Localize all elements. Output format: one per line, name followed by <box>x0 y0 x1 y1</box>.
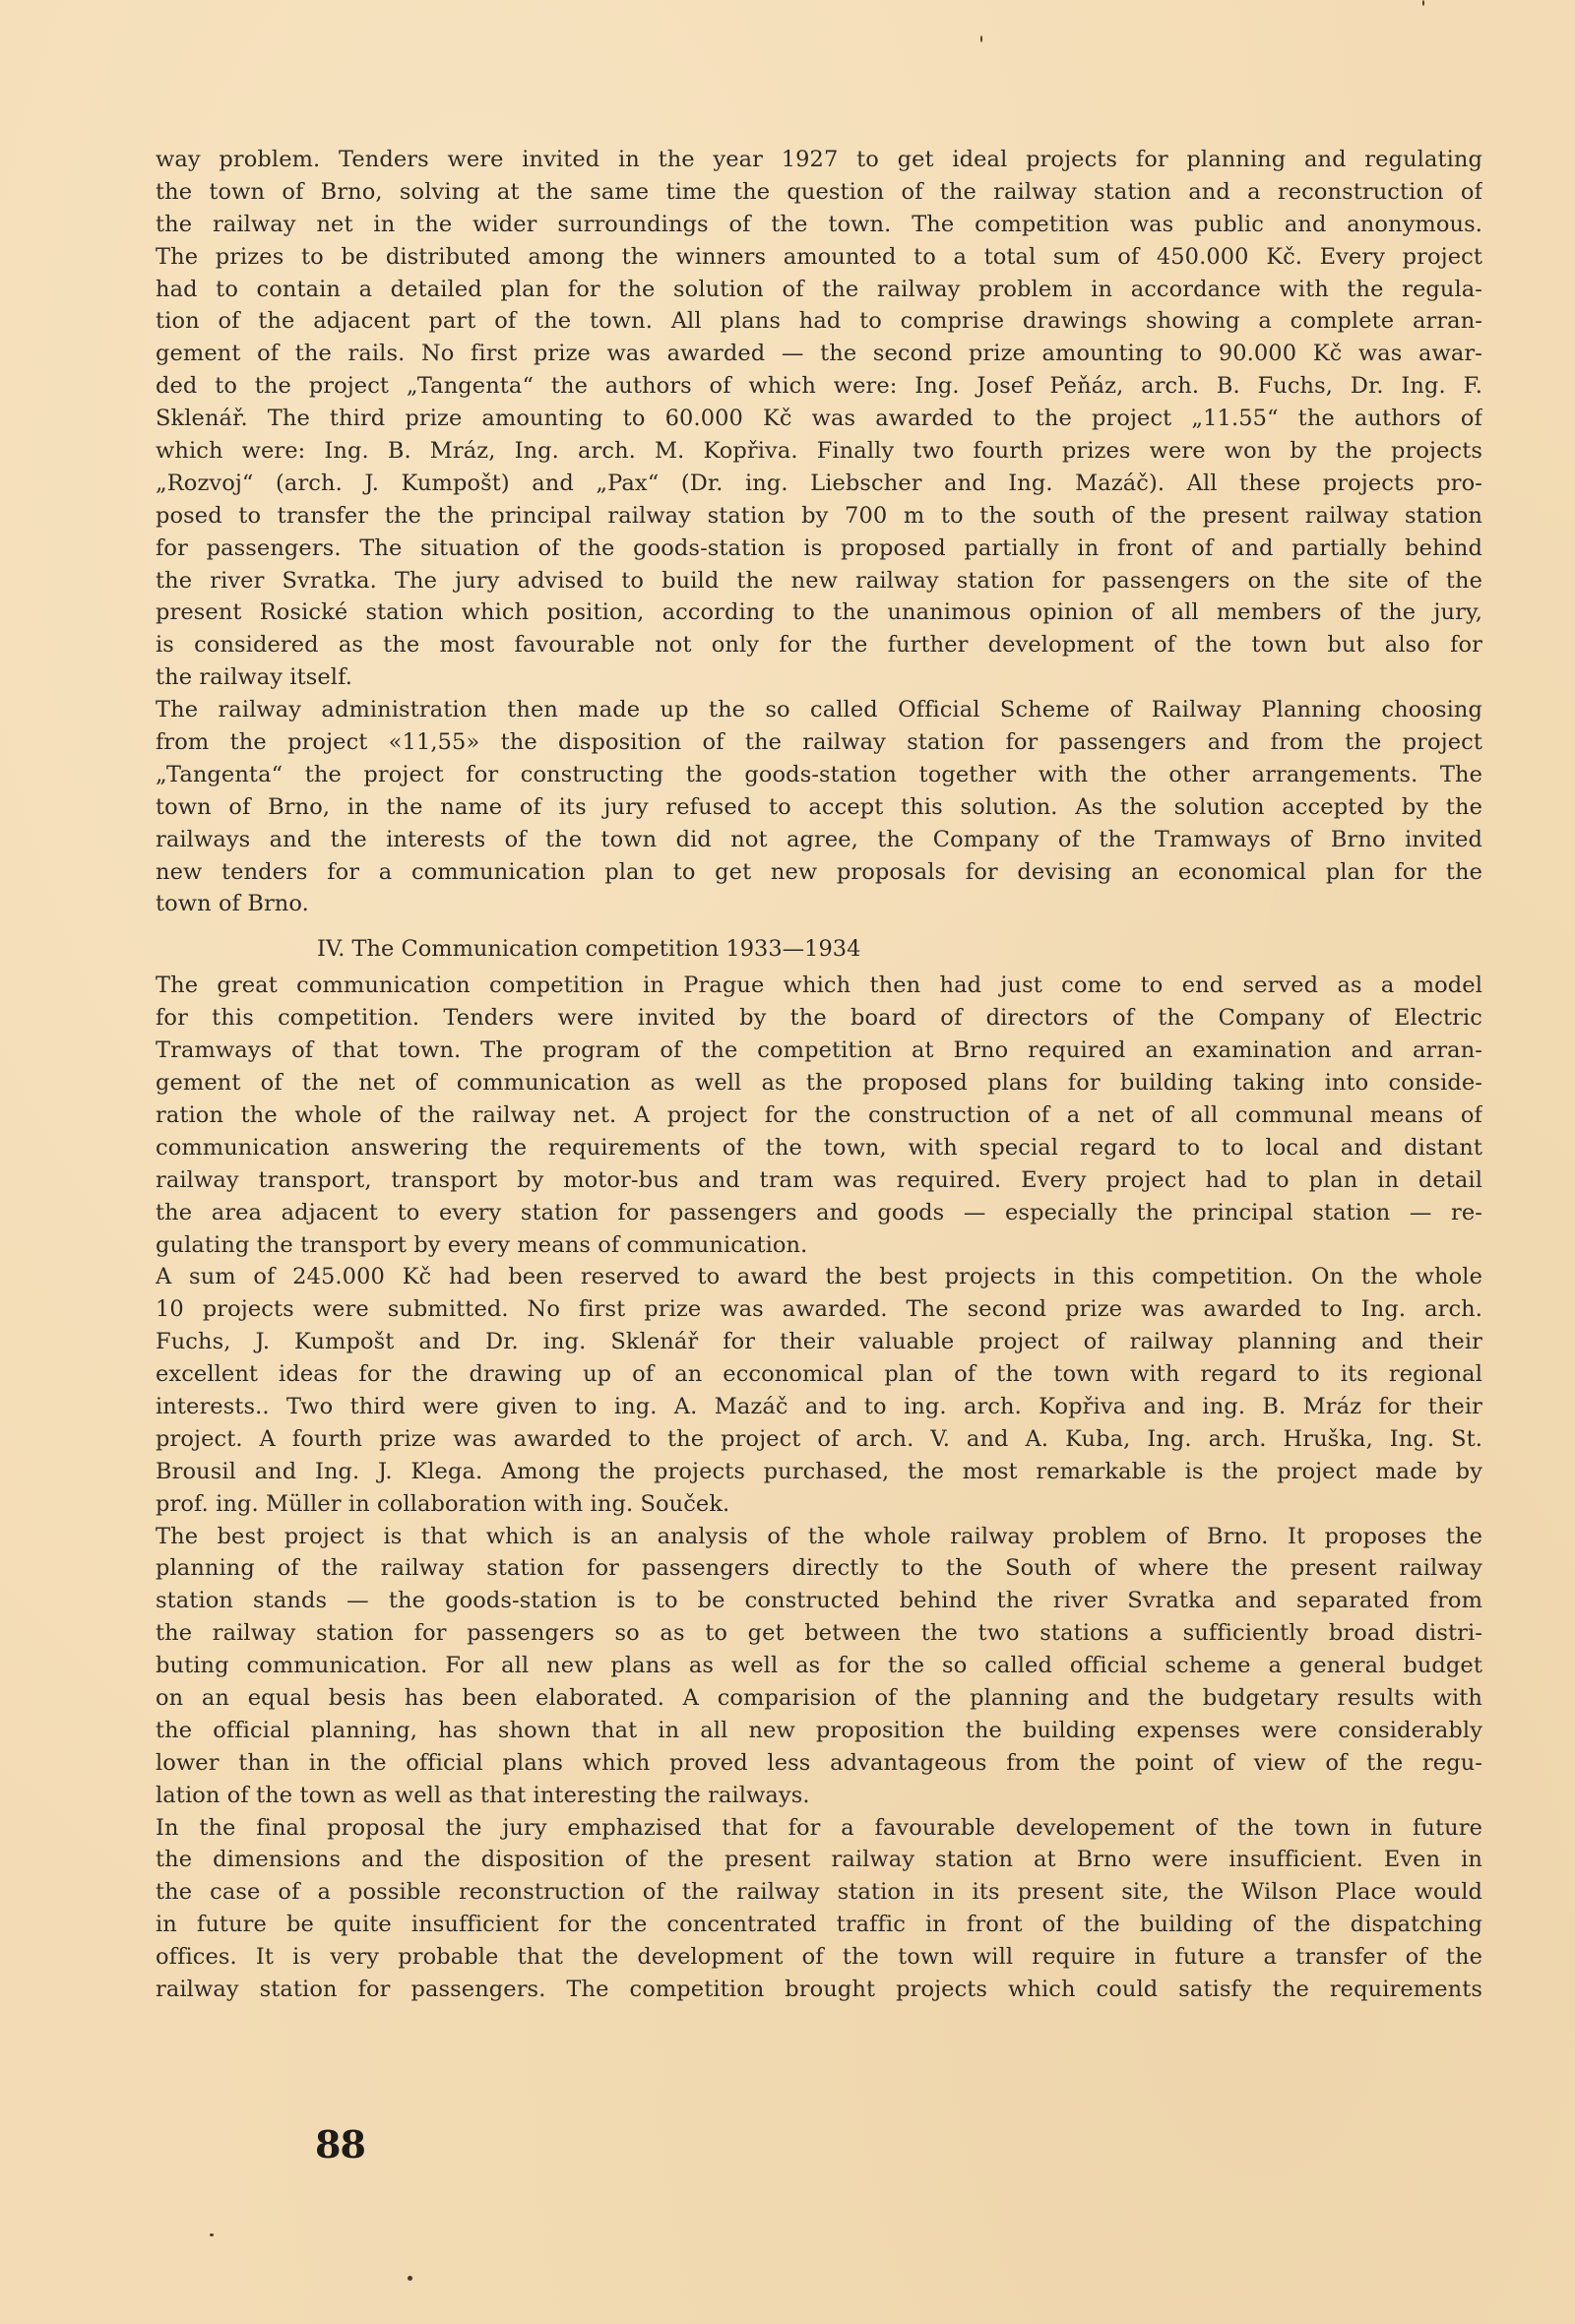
text-line: lation of the town as well as that inter… <box>156 1780 1482 1812</box>
text-line: project. A fourth prize was awarded to t… <box>156 1423 1482 1456</box>
body-text-part-1: way problem. Tenders were invited in the… <box>156 144 1482 920</box>
text-line: lower than in the official plans which p… <box>156 1747 1482 1780</box>
text-line: railway transport, transport by motor-bu… <box>156 1164 1482 1197</box>
text-line: the town of Brno, solving at the same ti… <box>156 176 1482 209</box>
text-line: ded to the project „Tangenta“ the author… <box>156 370 1482 403</box>
text-line: for passengers. The situation of the goo… <box>156 533 1482 565</box>
text-line: ration the whole of the railway net. A p… <box>156 1099 1482 1132</box>
text-line: communication answering the requirements… <box>156 1132 1482 1164</box>
text-line: the railway net in the wider surrounding… <box>156 209 1482 241</box>
paper-speck <box>1422 0 1424 6</box>
text-line: Tramways of that town. The program of th… <box>156 1035 1482 1067</box>
document-page: way problem. Tenders were invited in the… <box>156 144 1482 2006</box>
text-line: posed to transfer the the principal rail… <box>156 500 1482 533</box>
text-line: interests.. Two third were given to ing.… <box>156 1391 1482 1423</box>
page-number: 88 <box>315 2122 365 2167</box>
text-line: the railway station for passengers so as… <box>156 1617 1482 1650</box>
text-line: way problem. Tenders were invited in the… <box>156 144 1482 176</box>
text-line: The best project is that which is an ana… <box>156 1521 1482 1553</box>
text-line: Sklenář. The third prize amounting to 60… <box>156 403 1482 435</box>
paper-speck <box>980 35 982 42</box>
text-line: station stands — the goods-station is to… <box>156 1585 1482 1617</box>
text-line: gulating the transport by every means of… <box>156 1229 1482 1262</box>
text-line: the area adjacent to every station for p… <box>156 1197 1482 1229</box>
text-line: planning of the railway station for pass… <box>156 1552 1482 1585</box>
text-line: new tenders for a communication plan to … <box>156 856 1482 889</box>
text-line: the dimensions and the disposition of th… <box>156 1844 1482 1876</box>
text-line: which were: Ing. B. Mráz, Ing. arch. M. … <box>156 435 1482 468</box>
text-line: from the project «11,55» the disposition… <box>156 726 1482 759</box>
text-line: „Rozvoj“ (arch. J. Kumpošt) and „Pax“ (D… <box>156 468 1482 500</box>
text-line: The railway administration then made up … <box>156 694 1482 726</box>
text-line: the railway itself. <box>156 661 1482 694</box>
text-line: town of Brno, in the name of its jury re… <box>156 791 1482 824</box>
text-line: had to contain a detailed plan for the s… <box>156 274 1482 306</box>
text-line: tion of the adjacent part of the town. A… <box>156 305 1482 338</box>
text-line: railways and the interests of the town d… <box>156 824 1482 856</box>
text-line: gement of the net of communication as we… <box>156 1067 1482 1099</box>
paper-speck <box>210 2233 214 2236</box>
text-line: In the final proposal the jury emphazise… <box>156 1812 1482 1845</box>
text-line: prof. ing. Müller in collaboration with … <box>156 1488 1482 1521</box>
section-heading: IV. The Communication competition 1933—1… <box>156 926 1482 970</box>
text-line: A sum of 245.000 Kč had been reserved to… <box>156 1261 1482 1293</box>
text-line: the case of a possible reconstruction of… <box>156 1876 1482 1909</box>
text-line: gement of the rails. No first prize was … <box>156 338 1482 370</box>
text-line: Fuchs, J. Kumpošt and Dr. ing. Sklenář f… <box>156 1326 1482 1358</box>
text-line: excellent ideas for the drawing up of an… <box>156 1358 1482 1391</box>
text-line: „Tangenta“ the project for constructing … <box>156 759 1482 791</box>
text-line: the river Svratka. The jury advised to b… <box>156 565 1482 597</box>
text-line: town of Brno. <box>156 888 1482 920</box>
text-line: for this competition. Tenders were invit… <box>156 1002 1482 1035</box>
text-line: 10 projects were submitted. No first pri… <box>156 1293 1482 1326</box>
text-line: present Rosické station which position, … <box>156 597 1482 629</box>
text-line: in future be quite insufficient for the … <box>156 1909 1482 1941</box>
text-line: buting communication. For all new plans … <box>156 1650 1482 1682</box>
text-line: on an equal besis has been elaborated. A… <box>156 1682 1482 1715</box>
text-line: railway station for passengers. The comp… <box>156 1974 1482 2006</box>
text-line: Brousil and Ing. J. Klega. Among the pro… <box>156 1456 1482 1488</box>
text-line: is considered as the most favourable not… <box>156 629 1482 661</box>
body-text-part-2: The great communication competition in P… <box>156 970 1482 2006</box>
text-line: the official planning, has shown that in… <box>156 1715 1482 1747</box>
text-line: offices. It is very probable that the de… <box>156 1941 1482 1974</box>
paper-speck <box>408 2276 412 2281</box>
text-line: The great communication competition in P… <box>156 970 1482 1002</box>
text-line: The prizes to be distributed among the w… <box>156 241 1482 274</box>
